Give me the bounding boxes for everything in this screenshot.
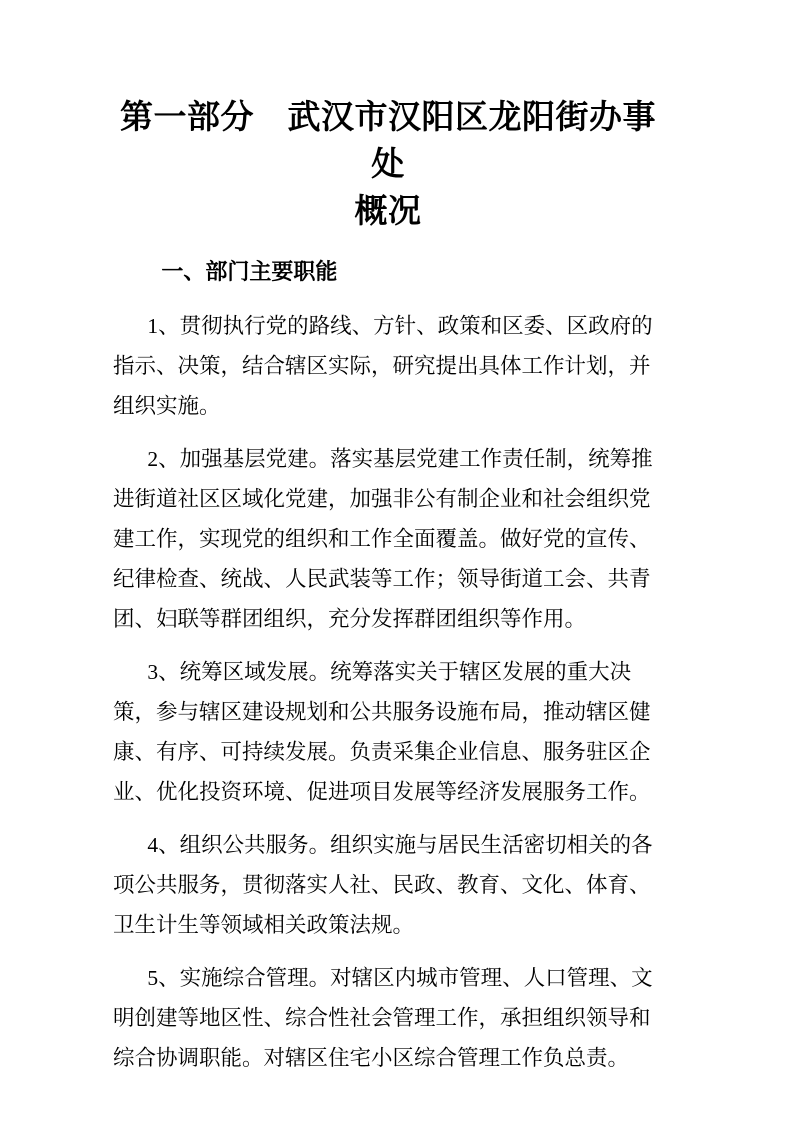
paragraph-2: 2、加强基层党建。落实基层党建工作责任制，统筹推 进街道社区区域化党建，加强非公… — [113, 439, 663, 639]
document-title: 第一部分 武汉市汉阳区龙阳街办事处 概况 — [113, 95, 663, 236]
paragraph-1: 1、贯彻执行党的路线、方针、政策和区委、区政府的 指示、决策，结合辖区实际，研究… — [113, 306, 663, 426]
document-page: 第一部分 武汉市汉阳区龙阳街办事处 概况 一、部门主要职能 1、贯彻执行党的路线… — [0, 0, 793, 1122]
paragraph-3: 3、统筹区域发展。统筹落实关于辖区发展的重大决 策，参与辖区建设规划和公共服务设… — [113, 652, 663, 812]
section-heading: 一、部门主要职能 — [113, 253, 663, 293]
paragraph-4: 4、组织公共服务。组织实施与居民生活密切相关的各 项公共服务，贯彻落实人社、民政… — [113, 825, 663, 945]
paragraph-5: 5、实施综合管理。对辖区内城市管理、人口管理、文 明创建等地区性、综合性社会管理… — [113, 958, 663, 1078]
